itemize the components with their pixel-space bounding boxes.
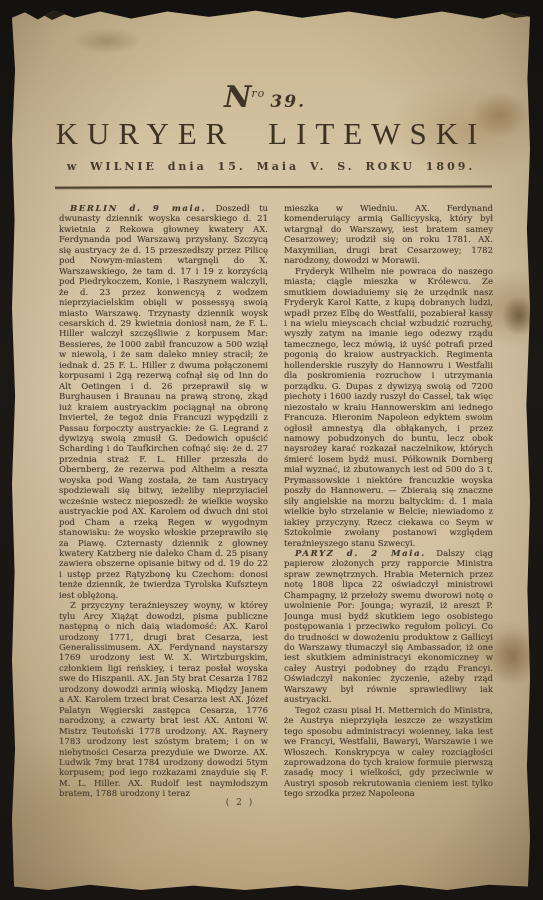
paper-stain	[502, 296, 536, 336]
paper-stain	[490, 628, 536, 688]
paper-stain	[72, 28, 142, 54]
torn-edge-top-right	[484, 6, 534, 18]
paragraph-text: Doszedł tu dwunasty dziennik woyska cesa…	[59, 204, 268, 601]
right-column: mieszka w Wiedniu. AX. Ferdynand komende…	[284, 204, 493, 808]
publication-dateline: w WILNIE dnia 15. Maia V. S. ROKU 1809.	[12, 160, 530, 173]
newspaper-title: KURYER LITEWSKI	[12, 116, 530, 152]
issue-superscript: ro	[251, 87, 265, 100]
newspaper-page: Nro 39. KURYER LITEWSKI w WILNIE dnia 15…	[12, 8, 530, 890]
issue-n-glyph: N	[224, 80, 251, 115]
article-paragraph: mieszka w Wiedniu. AX. Ferdynand komende…	[284, 204, 493, 267]
issue-number-line: Nro 39.	[6, 80, 524, 115]
masthead-rule	[55, 185, 492, 188]
dateline-lead: PARYZ d. 2 Maia.	[295, 549, 426, 559]
paragraph-text: Z przyczyny teraźnieyszey woyny, w które…	[59, 601, 268, 799]
paragraph-text: Tegoż czasu pisał H. Metternich do Minis…	[284, 706, 493, 800]
article-paragraph: Z przyczyny teraźnieyszey woyny, w które…	[59, 601, 268, 800]
article-paragraph: Tegoż czasu pisał H. Metternich do Minis…	[284, 706, 493, 800]
left-column: BERLIN d. 9 maia. Doszedł tu dwunasty dz…	[59, 204, 268, 808]
article-paragraph: PARYZ d. 2 Maia. Dalszy ciąg papierow zł…	[284, 549, 493, 706]
article-body: BERLIN d. 9 maia. Doszedł tu dwunasty dz…	[59, 204, 493, 808]
torn-edge-top-left	[30, 6, 76, 20]
dateline-lead: BERLIN d. 9 maia.	[70, 204, 206, 214]
paragraph-text: Fryderyk Wilhelm nie powraca do naszego …	[284, 267, 493, 549]
issue-number: 39.	[270, 92, 306, 112]
scanned-newspaper-screenshot: { "theme":{ "paper_color":"#d4c4a3", "in…	[0, 0, 543, 900]
article-paragraph: BERLIN d. 9 maia. Doszedł tu dwunasty dz…	[59, 204, 268, 601]
paragraph-text: Dalszy ciąg papierow złożonych przy rapp…	[284, 549, 493, 705]
paragraph-text: mieszka w Wiedniu. AX. Ferdynand komende…	[284, 204, 493, 266]
page-number: ( 2 )	[210, 798, 270, 808]
article-paragraph: Fryderyk Wilhelm nie powraca do naszego …	[284, 267, 493, 549]
